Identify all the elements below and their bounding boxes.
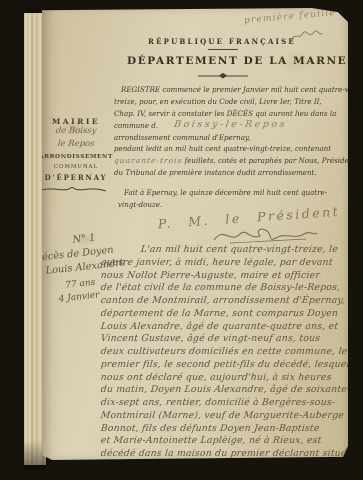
decorative-divider [197, 72, 249, 80]
act-line: deux cultivateurs domiciliés en cette co… [100, 346, 353, 359]
heading-rule [208, 49, 238, 50]
act-line: L'an mil huit cent quatre-vingt-treize, … [100, 244, 353, 257]
stamp-flourish [36, 184, 116, 194]
registre-line: commune d. [114, 121, 158, 130]
registre-paragraph: REGISTRE commencé le premier Janvier mil… [114, 84, 350, 179]
margin-note-line: 77 ans [65, 278, 96, 291]
act-line: Vincent Gustave, âgé de vingt-neuf ans, … [100, 333, 353, 346]
top-right-annotation: première feuille [230, 7, 350, 27]
act-line: de l'état civil de la commune de Boissy-… [100, 282, 353, 295]
stamp-communal-label: COMMUNAL [36, 164, 116, 170]
departement-heading: DÉPARTEMENT DE LA MARNE [127, 55, 317, 67]
act-line: décédé dans la maison du premier déclara… [100, 448, 353, 461]
registre-line: feuillets, cotés et paraphés par Nous, P… [185, 156, 357, 165]
fait-line: Fait à Epernay, le quinze décembre mil h… [118, 187, 327, 199]
president-signature [210, 224, 320, 246]
republique-francaise-heading: RÉPUBLIQUE FRANÇAISE [132, 37, 312, 46]
document-page: première feuille RÉPUBLIQUE FRANÇAISE DÉ… [42, 8, 348, 460]
act-line: premier fils, le second petit-fils du dé… [100, 359, 353, 372]
stamp-commune-handwritten: le Repos [35, 139, 116, 149]
stamp-mairie-label: MAIRIE [36, 117, 116, 126]
act-line: du matin, Doyen Louis Alexandre, âgé de … [100, 384, 353, 397]
act-line: nous Nollot Pierre-Auguste, maire et off… [100, 270, 353, 283]
act-line: et Marie-Antoinette Laplèige, né à Rieux… [100, 435, 353, 448]
feuillets-handwritten-fill: quarante-trois [113, 155, 183, 167]
registre-line: treize, pour, en exécution du Code civil… [114, 96, 350, 108]
act-line: dix-sept ans, rentier, domicilié à Bergè… [100, 397, 353, 410]
registre-line: pendant ledit an mil huit cent quatre-vi… [114, 143, 350, 155]
registre-line: du Tribunal de première instance dudit a… [114, 167, 350, 179]
act-margin-note: N° 1 Décès de Doyen Louis Alexandre 77 a… [30, 229, 129, 239]
act-number: N° 1 [72, 232, 96, 245]
act-line: Bonnot, fils des défunts Doyen Jean-Bapt… [100, 423, 353, 436]
act-line: quatre janvier, à midi, heure légale, pa… [100, 257, 353, 270]
stamp-arrondissement-label: ARRONDISSEMENT [36, 154, 116, 160]
margin-note-line: 4 Janvier [58, 290, 100, 304]
act-line: canton de Montmirail, arrondissement d'É… [100, 295, 353, 308]
commune-handwritten-fill: Boissy-le-Repos [174, 119, 289, 131]
act-line: nous ont déclaré que, aujourd'hui, à six… [100, 372, 353, 385]
stamp-commune-handwritten: de Boissy [35, 126, 116, 136]
act-line: département de la Marne, sont comparus D… [100, 308, 353, 321]
stamp-epernay-label: D'ÉPERNAY [36, 173, 116, 182]
act-body-handwritten: L'an mil huit cent quatre-vingt-treize, … [100, 244, 352, 461]
act-line: Louis Alexandre, âgé de quarante-quatre … [100, 321, 353, 334]
act-line: Montmirail (Marne), veuf de Marguerite-A… [100, 410, 353, 423]
registre-line: REGISTRE commencé le premier Janvier mil… [114, 84, 350, 96]
registre-line: arrondissement communal d'Epernay, [114, 132, 350, 144]
registre-line: Chap. IV, servir à constater les DÉCÈS q… [114, 108, 350, 120]
